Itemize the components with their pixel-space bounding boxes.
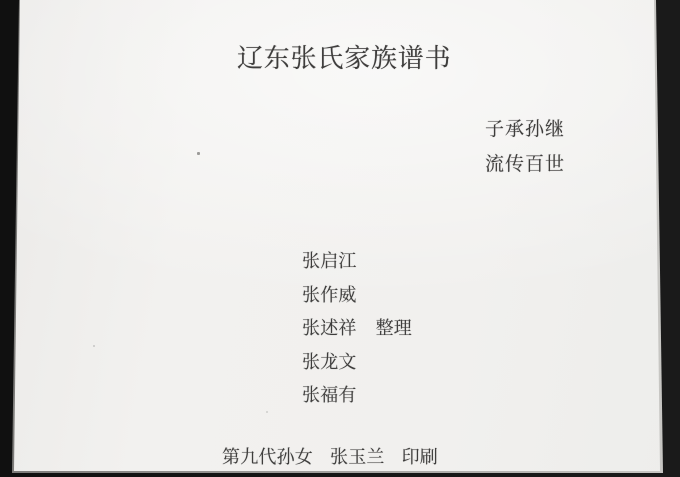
scan-speck (197, 152, 200, 155)
compiler-name-text: 张启江 (302, 252, 357, 271)
document-title: 辽东张氏家族谱书 (237, 46, 451, 73)
compiler-name-text: 张龙文 (302, 353, 357, 372)
printer-line: 第九代孙女 张玉兰 印刷 (222, 448, 438, 467)
document-page: 辽东张氏家族谱书 子承孙继 流传百世 张启江 张作威 张述祥 整理 张龙文 张福… (0, 0, 680, 477)
compiler-name: 张启江 (302, 252, 412, 271)
printer-role: 第九代孙女 (222, 448, 313, 467)
motto-line-2: 流传百世 (485, 155, 565, 175)
compiler-name: 张述祥 整理 (302, 319, 412, 338)
compiler-name-text: 张述祥 (302, 319, 357, 338)
scan-speck (266, 411, 268, 413)
scanner-background: 辽东张氏家族谱书 子承孙继 流传百世 张启江 张作威 张述祥 整理 张龙文 张福… (0, 0, 680, 477)
compiler-name: 张作威 (302, 286, 412, 305)
compiler-name-text: 张作威 (302, 286, 357, 305)
printer-name: 张玉兰 (330, 448, 385, 467)
editor-label: 整理 (376, 319, 412, 338)
motto-line-1: 子承孙继 (485, 120, 565, 140)
compilers-list: 张启江 张作威 张述祥 整理 张龙文 张福有 (302, 252, 412, 405)
compiler-name: 张龙文 (302, 353, 412, 372)
compiler-name-text: 张福有 (302, 386, 357, 405)
printer-action: 印刷 (402, 448, 438, 467)
compiler-name: 张福有 (302, 386, 412, 405)
scan-speck (93, 345, 95, 347)
motto: 子承孙继 流传百世 (485, 120, 565, 174)
